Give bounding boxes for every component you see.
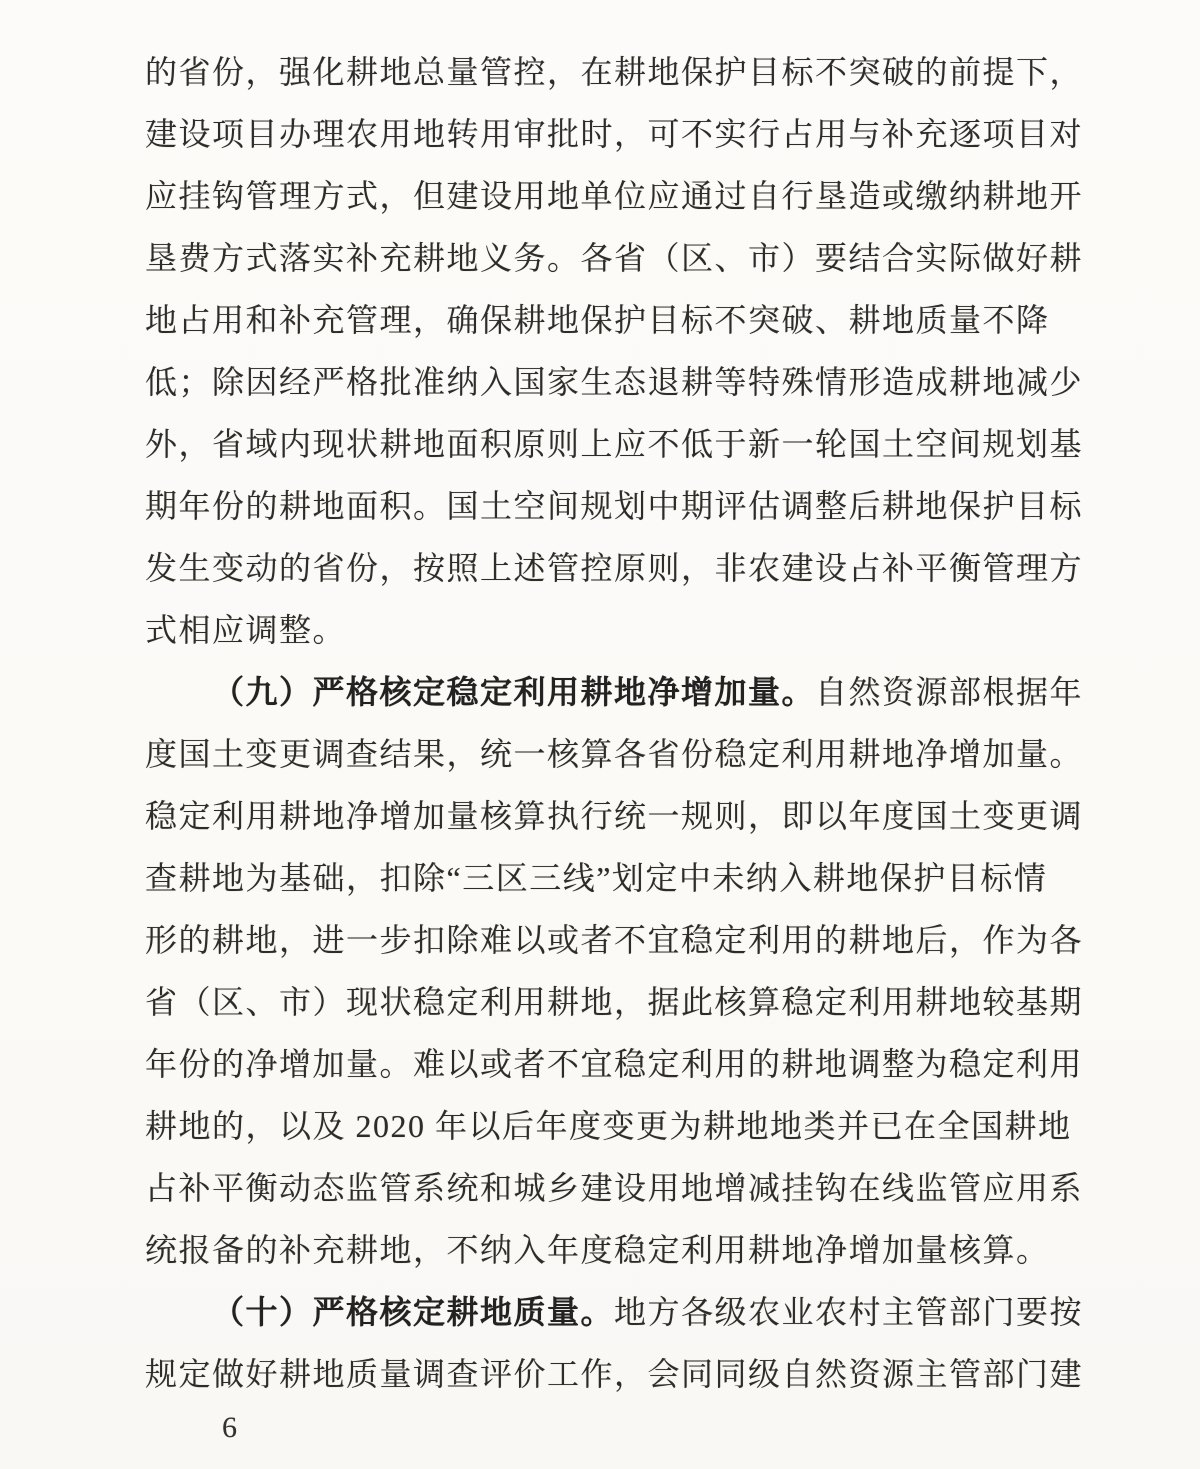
text-line: （十）严格核定耕地质量。地方各级农业农村主管部门要按 — [145, 1281, 1082, 1343]
body-text: 建设项目办理农用地转用审批时，可不实行占用与补充逐项目对 — [145, 116, 1083, 152]
body-text: 外，省域内现状耕地面积原则上应不低于新一轮国土空间规划基 — [145, 426, 1083, 462]
text-line: 发生变动的省份，按照上述管控原则，非农建设占补平衡管理方 — [145, 537, 1082, 599]
text-line: 规定做好耕地质量调查评价工作，会同同级自然资源主管部门建 — [145, 1343, 1082, 1405]
text-line: （九）严格核定稳定利用耕地净增加量。自然资源部根据年 — [145, 661, 1082, 723]
body-text: 自然资源部根据年 — [815, 674, 1083, 710]
body-text: 规定做好耕地质量调查评价工作，会同同级自然资源主管部门建 — [145, 1356, 1083, 1392]
body-text: 耕地的，以及 2020 年以后年度变更为耕地地类并已在全国耕地 — [145, 1108, 1072, 1144]
scanned-document-page: 的省份，强化耕地总量管控，在耕地保护目标不突破的前提下，建设项目办理农用地转用审… — [0, 0, 1200, 1469]
body-text: 式相应调整。 — [145, 612, 346, 648]
body-text: 省（区、市）现状稳定利用耕地，据此核算稳定利用耕地较基期 — [145, 984, 1083, 1020]
text-line: 应挂钩管理方式，但建设用地单位应通过自行垦造或缴纳耕地开 — [145, 165, 1082, 227]
body-text: 垦费方式落实补充耕地义务。各省（区、市）要结合实际做好耕 — [145, 240, 1083, 276]
body-text: 地占用和补充管理，确保耕地保护目标不突破、耕地质量不降 — [145, 302, 1050, 338]
text-line: 稳定利用耕地净增加量核算执行统一规则，即以年度国土变更调 — [145, 785, 1082, 847]
text-line: 形的耕地，进一步扣除难以或者不宜稳定利用的耕地后，作为各 — [145, 909, 1082, 971]
text-line: 建设项目办理农用地转用审批时，可不实行占用与补充逐项目对 — [145, 103, 1082, 165]
text-line: 垦费方式落实补充耕地义务。各省（区、市）要结合实际做好耕 — [145, 227, 1082, 289]
text-line: 年份的净增加量。难以或者不宜稳定利用的耕地调整为稳定利用 — [145, 1033, 1082, 1095]
body-text: 应挂钩管理方式，但建设用地单位应通过自行垦造或缴纳耕地开 — [145, 178, 1083, 214]
body-text: 占补平衡动态监管系统和城乡建设用地增减挂钩在线监管应用系 — [145, 1170, 1083, 1206]
body-text: 年份的净增加量。难以或者不宜稳定利用的耕地调整为稳定利用 — [145, 1046, 1083, 1082]
text-line: 地占用和补充管理，确保耕地保护目标不突破、耕地质量不降 — [145, 289, 1082, 351]
section-heading-text: （九）严格核定稳定利用耕地净增加量。 — [212, 674, 815, 710]
text-line: 耕地的，以及 2020 年以后年度变更为耕地地类并已在全国耕地 — [145, 1095, 1082, 1157]
text-line: 期年份的耕地面积。国土空间规划中期评估调整后耕地保护目标 — [145, 475, 1082, 537]
body-text: 的省份，强化耕地总量管控，在耕地保护目标不突破的前提下， — [145, 54, 1083, 90]
body-text: 低；除因经严格批准纳入国家生态退耕等特殊情形造成耕地减少 — [145, 364, 1083, 400]
text-line: 查耕地为基础，扣除“三区三线”划定中未纳入耕地保护目标情 — [145, 847, 1082, 909]
text-line: 省（区、市）现状稳定利用耕地，据此核算稳定利用耕地较基期 — [145, 971, 1082, 1033]
text-line: 占补平衡动态监管系统和城乡建设用地增减挂钩在线监管应用系 — [145, 1157, 1082, 1219]
text-line: 统报备的补充耕地，不纳入年度稳定利用耕地净增加量核算。 — [145, 1219, 1082, 1281]
text-line: 式相应调整。 — [145, 599, 1082, 661]
body-text: 查耕地为基础，扣除“三区三线”划定中未纳入耕地保护目标情 — [145, 860, 1047, 896]
document-body: 的省份，强化耕地总量管控，在耕地保护目标不突破的前提下，建设项目办理农用地转用审… — [145, 41, 1082, 1405]
body-text: 期年份的耕地面积。国土空间规划中期评估调整后耕地保护目标 — [145, 488, 1083, 524]
body-text: 度国土变更调查结果，统一核算各省份稳定利用耕地净增加量。 — [145, 736, 1083, 772]
text-line: 外，省域内现状耕地面积原则上应不低于新一轮国土空间规划基 — [145, 413, 1082, 475]
body-text: 形的耕地，进一步扣除难以或者不宜稳定利用的耕地后，作为各 — [145, 922, 1083, 958]
body-text: 地方各级农业农村主管部门要按 — [614, 1294, 1083, 1330]
body-text: 统报备的补充耕地，不纳入年度稳定利用耕地净增加量核算。 — [145, 1232, 1050, 1268]
section-heading-text: （十）严格核定耕地质量。 — [212, 1294, 614, 1330]
page-number: 6 — [222, 1408, 237, 1448]
text-line: 的省份，强化耕地总量管控，在耕地保护目标不突破的前提下， — [145, 41, 1082, 103]
text-line: 度国土变更调查结果，统一核算各省份稳定利用耕地净增加量。 — [145, 723, 1082, 785]
body-text: 稳定利用耕地净增加量核算执行统一规则，即以年度国土变更调 — [145, 798, 1083, 834]
text-line: 低；除因经严格批准纳入国家生态退耕等特殊情形造成耕地减少 — [145, 351, 1082, 413]
body-text: 发生变动的省份，按照上述管控原则，非农建设占补平衡管理方 — [145, 550, 1083, 586]
